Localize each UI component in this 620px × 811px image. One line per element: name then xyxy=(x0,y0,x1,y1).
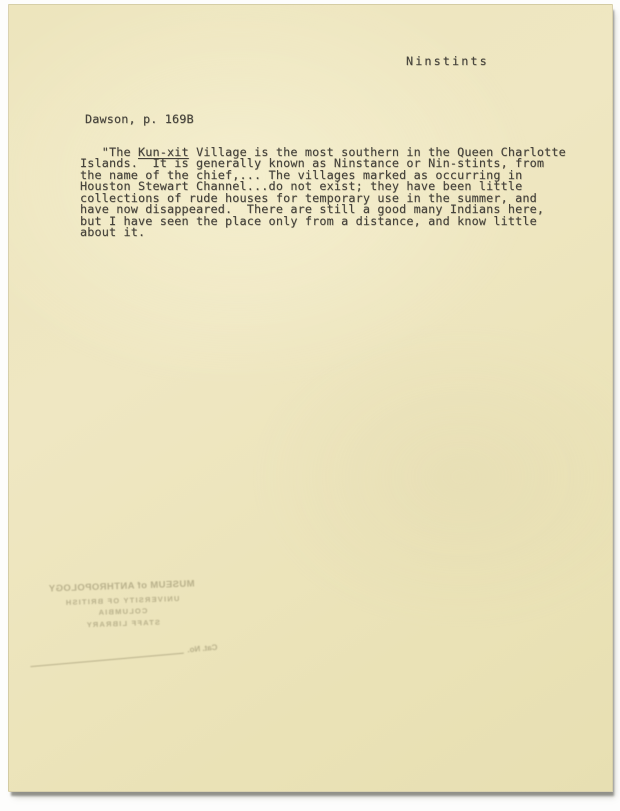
quote-paragraph: "The Kun-xit Village is the most souther… xyxy=(80,147,570,239)
typed-line: but I have seen the place only from a di… xyxy=(80,216,570,227)
typed-line: about it. xyxy=(80,227,570,238)
citation-line: Dawson, p. 169B xyxy=(85,112,194,126)
stamp-catalog-rule xyxy=(30,653,183,667)
stamp-catalog-label: Cat. No. xyxy=(183,643,218,655)
page-heading: Ninstints xyxy=(406,54,489,68)
scan-background: Ninstints Dawson, p. 169B "The Kun-xit V… xyxy=(0,0,620,811)
scanned-document-view: { "document": { "heading": "Ninstints", … xyxy=(0,0,620,811)
stamp-museum-line: MUSEUM of ANTHROPOLOGY xyxy=(27,578,215,596)
library-stamp-bleedthrough: MUSEUM of ANTHROPOLOGY UNIVERSITY OF BRI… xyxy=(27,578,218,681)
document-page: Ninstints Dawson, p. 169B "The Kun-xit V… xyxy=(8,4,613,792)
stamp-catalog-row: Cat. No. xyxy=(30,643,218,668)
